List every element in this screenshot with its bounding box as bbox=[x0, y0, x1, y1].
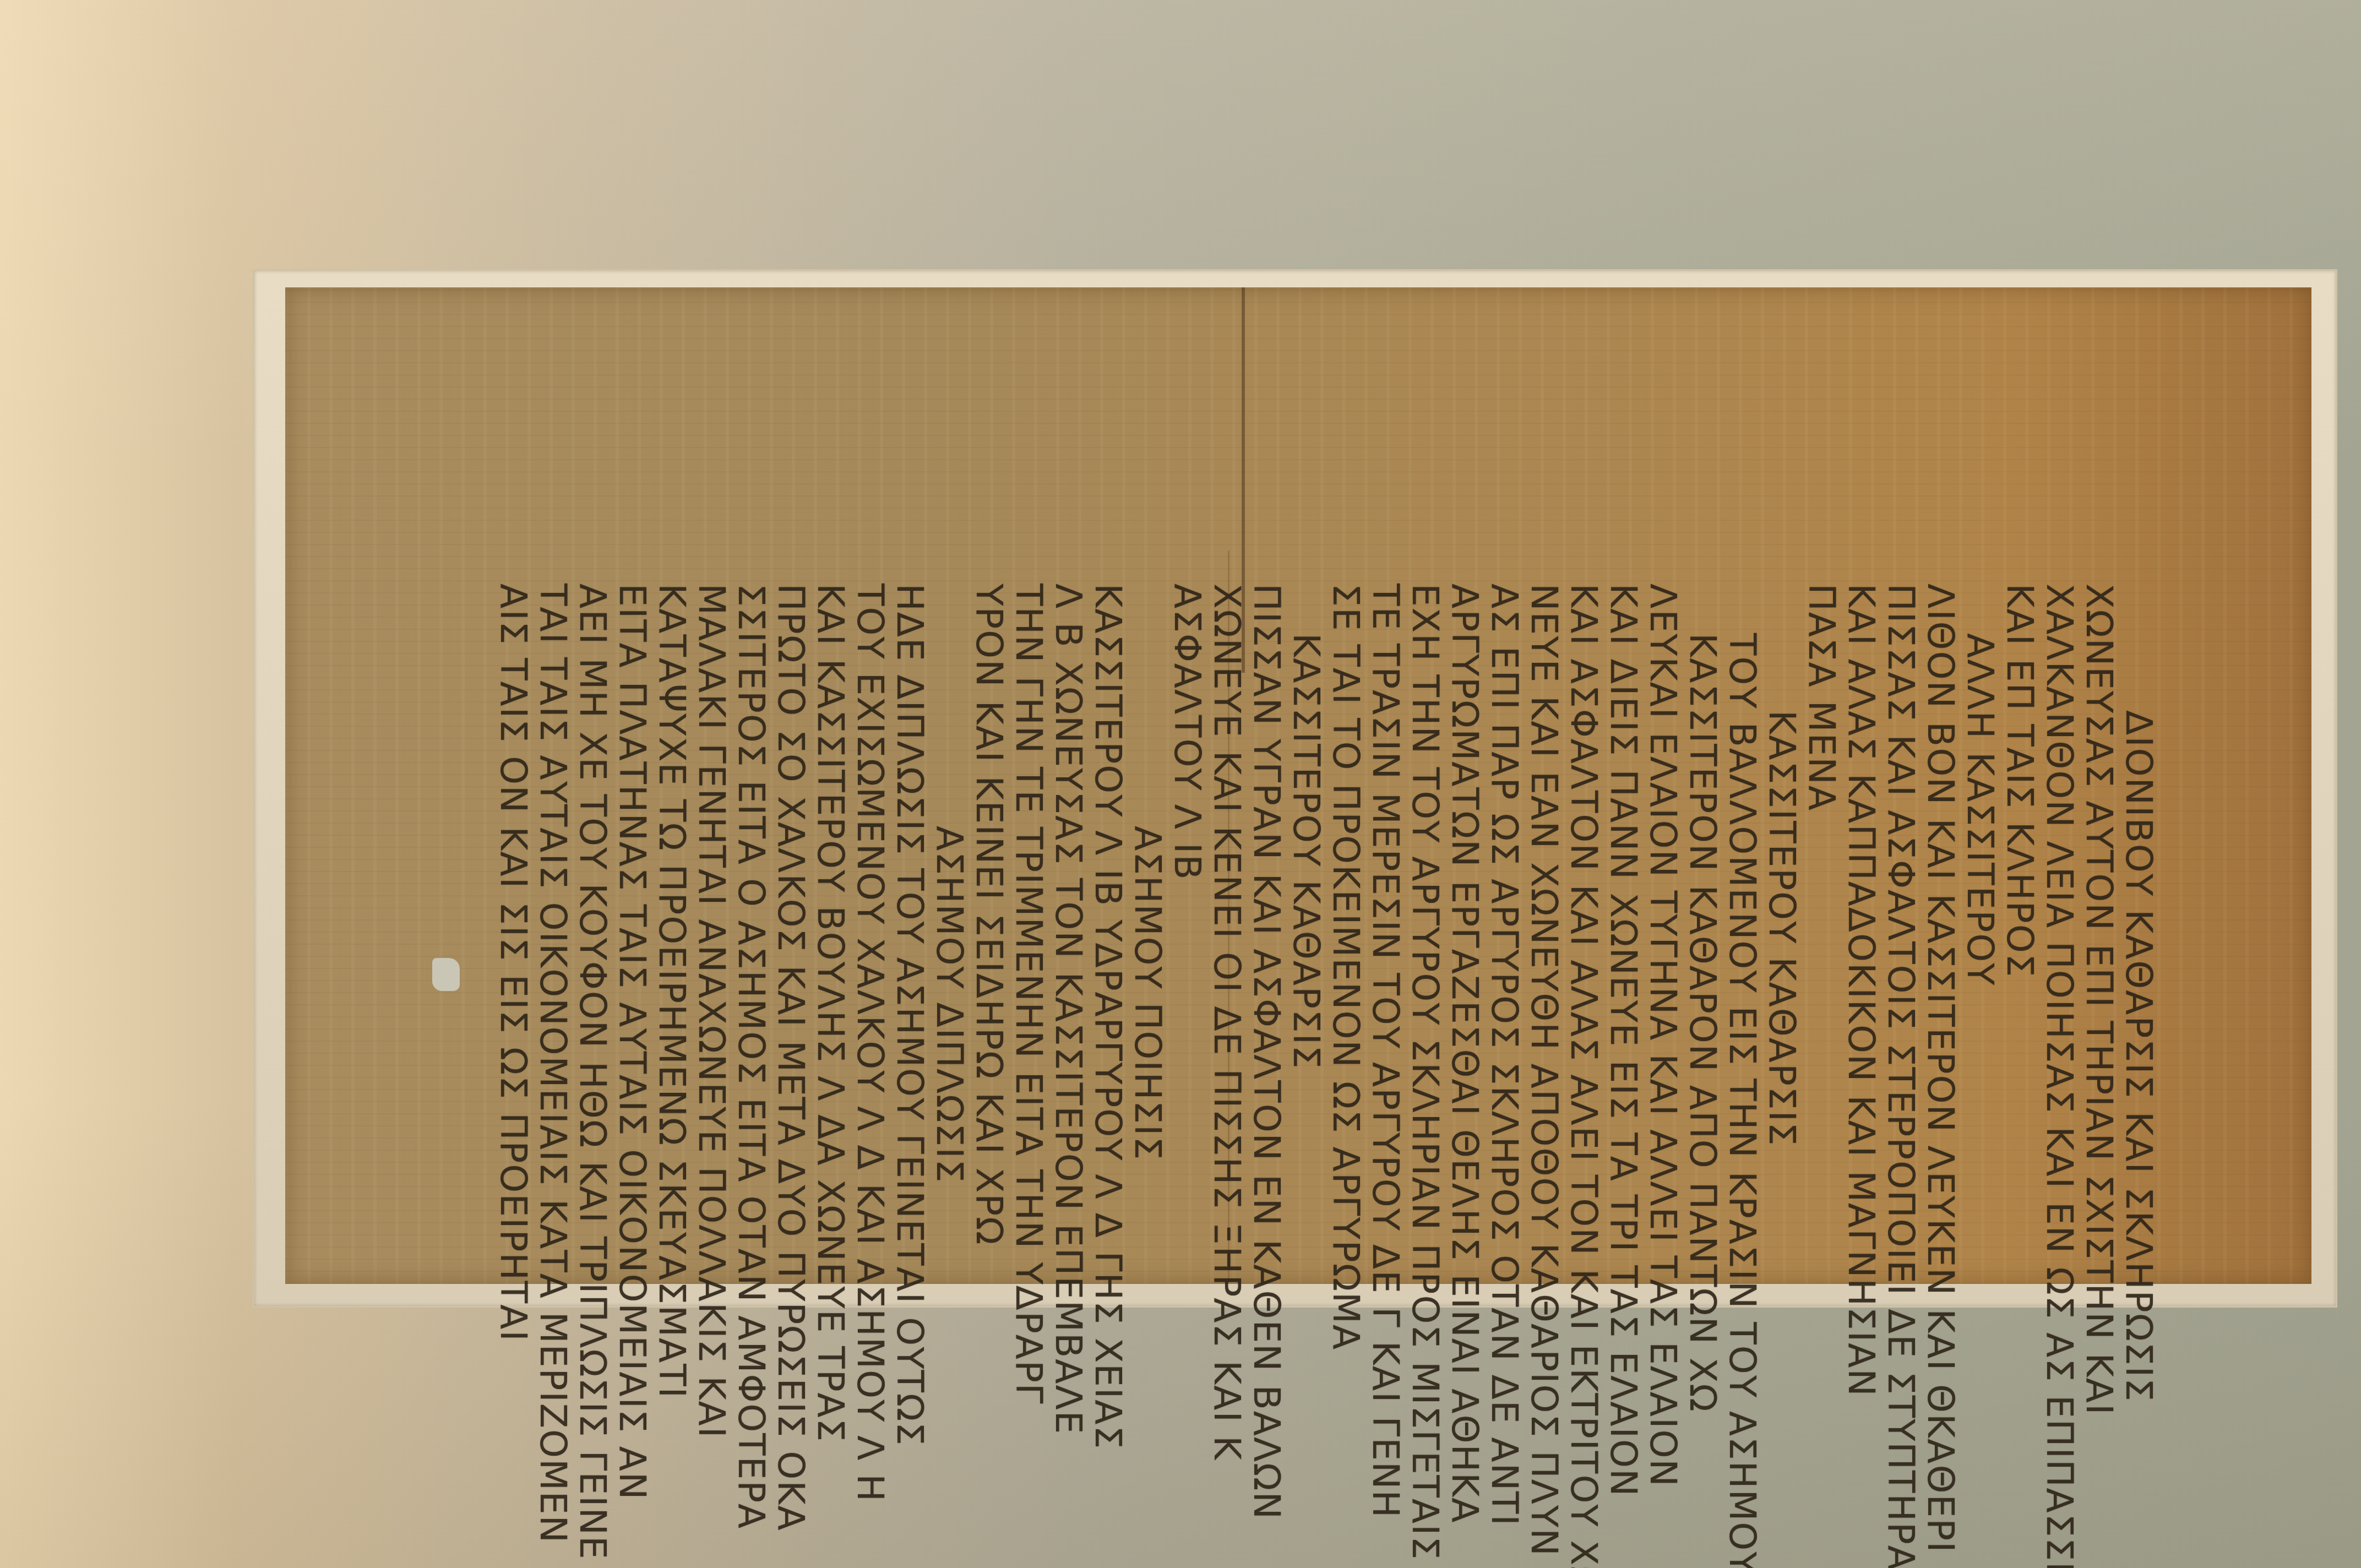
text-line: ΛΙΘΟΝ ΒΟΝ ΚΑΙ ΚΑΣΣΙΤΕΡΟΝ ΛΕΥΚΕΝ ΚΑΙ ΘΚΑΘ… bbox=[1921, 584, 1960, 1233]
text-line: ΤΟΥ ΒΑΛΛΟΜΕΝΟΥ ΕΙΣ ΤΗΝ ΚΡΑΣΙΝ ΤΟΥ ΑΣΗΜΟΥ bbox=[1722, 584, 1762, 1233]
text-line: ΠΙΣΣΑΣ ΚΑΙ ΑΣΦΑΛΤΟΙΣ ΣΤΕΡΡΟΠΟΙΕΙ ΔΕ ΣΤΥΠ… bbox=[1881, 584, 1921, 1233]
text-line: ΔΙΟΝΙΒΟΥ ΚΑΘΑΡΣΙΣ ΚΑΙ ΣΚΛΗΡΩΣΙΣ bbox=[2119, 584, 2158, 1233]
text-line: ΣΣΙΤΕΡΟΣ ΕΙΤΑ Ο ΑΣΗΜΟΣ ΕΙΤΑ ΟΤΑΝ ΑΜΦΟΤΕΡ… bbox=[731, 584, 771, 1233]
text-line: ΤΗΝ ΓΗΝ ΤΕ ΤΡΙΜΜΕΝΗΝ ΕΙΤΑ ΤΗΝ ΥΔΡΑΡΓ bbox=[1009, 584, 1048, 1233]
text-line: ΤΟΥ ΕΧΙΣΩΜΕΝΟΥ ΧΑΛΚΟΥ Λ Δ ΚΑΙ ΑΣΗΜΟΥ Λ Η bbox=[850, 584, 890, 1233]
text-line: ΠΑΣΑ ΜΕΝΑ bbox=[1802, 584, 1841, 1233]
text-line: ΠΙΣΣΑΝ ΥΓΡΑΝ ΚΑΙ ΑΣΦΑΛΤΟΝ ΕΝ ΚΑΘΕΝ ΒΑΛΩΝ bbox=[1247, 584, 1286, 1233]
text-line: ΕΧΗ ΤΗΝ ΤΟΥ ΑΡΓΥΡΟΥ ΣΚΛΗΡΙΑΝ ΠΡΟΣ ΜΙΣΓΕΤ… bbox=[1405, 584, 1445, 1233]
text-line: ΚΑΣΣΙΤΕΡΟΥ ΚΑΘΑΡΣΙΣ bbox=[1286, 584, 1326, 1233]
text-line: ΑΣΦΑΛΤΟΥ Λ ΙΒ bbox=[1167, 584, 1207, 1233]
text-line: ΗΔΕ ΔΙΠΛΩΣΙΣ ΤΟΥ ΑΣΗΜΟΥ ΓΕΙΝΕΤΑΙ ΟΥΤΩΣ bbox=[890, 584, 929, 1233]
text-line: ΚΑΣΣΙΤΕΡΟΝ ΚΑΘΑΡΟΝ ΑΠΟ ΠΑΝΤΩΝ ΧΩ bbox=[1683, 584, 1722, 1233]
text-line: ΚΑΙ ΔΙΕΙΣ ΠΑΝΝ ΧΩΝΕΥΕ ΕΙΣ ΤΑ ΤΡΙ ΤΑΣ ΕΛΑ… bbox=[1603, 584, 1643, 1233]
text-line: Λ Β ΧΩΝΕΥΣΑΣ ΤΟΝ ΚΑΣΣΙΤΕΡΟΝ ΕΠΕΜΒΑΛΕ bbox=[1048, 584, 1088, 1233]
text-line: ΧΑΛΚΑΝΘΟΝ ΛΕΙΑ ΠΟΙΗΣΑΣ ΚΑΙ ΕΝ ΩΣ ΑΣ ΕΠΙΠ… bbox=[2039, 584, 2079, 1233]
text-line: ΝΕΥΕ ΚΑΙ ΕΑΝ ΧΩΝΕΥΘΗ ΑΠΟΘΟΥ ΚΑΘΑΡΙΟΣ ΠΛΥ… bbox=[1524, 584, 1564, 1233]
text-line: ΧΩΝΕΥΣΑΣ ΑΥΤΟΝ ΕΠΙ ΤΗΡΙΑΝ ΣΧΙΣΤΗΝ ΚΑΙ bbox=[2079, 584, 2119, 1233]
text-line: ΑΙΣ ΤΑΙΣ ΟΝ ΚΑΙ ΣΙΣ ΕΙΣ ΩΣ ΠΡΟΕΙΡΗΤΑΙ bbox=[493, 584, 533, 1233]
text-line: ΠΡΩΤΟ ΣΟ ΧΑΛΚΟΣ ΚΑΙ ΜΕΤΑ ΔΥΟ ΠΥΡΩΣΕΙΣ ΟΚ… bbox=[771, 584, 810, 1233]
text-line: ΑΣ ΕΠΙ ΠΑΡ ΩΣ ΑΡΓΥΡΟΣ ΣΚΛΗΡΟΣ ΟΤΑΝ ΔΕ ΑΝ… bbox=[1484, 584, 1524, 1233]
text-line: ΛΕΥΚΑΙ ΕΛΑΙΟΝ ΤΥΓΗΝΑ ΚΑΙ ΑΛΛΕΙ ΤΑΣ ΕΛΑΙΟ… bbox=[1643, 584, 1683, 1233]
text-line: ΧΩΝΕΥΕ ΚΑΙ ΚΕΝΕΙ ΟΙ ΔΕ ΠΙΣΣΗΣ ΞΗΡΑΣ ΚΑΙ … bbox=[1207, 584, 1247, 1233]
text-line: ΑΣΗΜΟΥ ΠΟΙΗΣΙΣ bbox=[1128, 584, 1167, 1233]
text-line: ΚΑΙ ΕΠ ΤΑΙΣ ΚΛΗΡΟΣ bbox=[2000, 584, 2039, 1233]
text-line: ΜΑΛΑΚΙ ΓΕΝΗΤΑΙ ΑΝΑΧΩΝΕΥΕ ΠΟΛΛΑΚΙΣ ΚΑΙ bbox=[692, 584, 731, 1233]
text-line: ΥΡΟΝ ΚΑΙ ΚΕΙΝΕΙ ΣΕΙΔΗΡΩ ΚΑΙ ΧΡΩ bbox=[969, 584, 1009, 1233]
greek-text-block: ΔΙΟΝΙΒΟΥ ΚΑΘΑΡΣΙΣ ΚΑΙ ΣΚΛΗΡΩΣΙΣΧΩΝΕΥΣΑΣ … bbox=[562, 584, 2158, 1233]
text-line: ΑΛΛΗ ΚΑΣΣΙΤΕΡΟΥ bbox=[1960, 584, 2000, 1233]
text-line: ΚΑΙ ΑΛΑΣ ΚΑΠΠΑΔΟΚΙΚΟΝ ΚΑΙ ΜΑΓΝΗΣΙΑΝ bbox=[1841, 584, 1881, 1233]
text-line: ΚΑΣΣΙΤΕΡΟΥ ΚΑΘΑΡΣΙΣ bbox=[1762, 584, 1802, 1233]
text-line: ΣΕ ΤΑΙ ΤΟ ΠΡΟΚΕΙΜΕΝΟΝ ΩΣ ΑΡΓΥΡΩΜΑ bbox=[1326, 584, 1366, 1233]
text-line: ΚΑΣΣΙΤΕΡΟΥ Λ ΙΒ ΥΔΡΑΡΓΥΡΟΥ Λ Δ ΓΗΣ ΧΕΙΑΣ bbox=[1088, 584, 1128, 1233]
text-line: ΑΡΓΥΡΩΜΑΤΩΝ ΕΡΓΑΖΕΣΘΑΙ ΘΕΛΗΣ ΕΙΝΑΙ ΑΘΗΚΑ bbox=[1445, 584, 1484, 1233]
text-line: ΕΙΤΑ ΠΛΑΤΗΝΑΣ ΤΑΙΣ ΑΥΤΑΙΣ ΟΙΚΟΝΟΜΕΙΑΙΣ Α… bbox=[612, 584, 652, 1233]
papyrus-hole bbox=[432, 958, 460, 991]
text-line: ΑΕΙ ΜΗ ΧΕ ΤΟΥ ΚΟΥΦΟΝ ΗΘΩ ΚΑΙ ΤΡΙΠΛΩΣΙΣ Γ… bbox=[573, 584, 612, 1233]
text-line: ΑΣΗΜΟΥ ΔΙΠΛΩΣΙΣ bbox=[929, 584, 969, 1233]
text-line: ΤΕ ΤΡΑΣΙΝ ΜΕΡΕΣΙΝ ΤΟΥ ΑΡΓΥΡΟΥ ΔΕ Γ ΚΑΙ Γ… bbox=[1366, 584, 1405, 1233]
text-line: ΚΑΙ ΑΣΦΑΛΤΟΝ ΚΑΙ ΑΛΑΣ ΑΛΕΙ ΤΟΝ ΚΑΙ ΕΚΤΡΙ… bbox=[1564, 584, 1603, 1233]
text-line: ΚΑΙ ΚΑΣΣΙΤΕΡΟΥ ΒΟΥΛΗΣ Λ ΔΑ ΧΩΝΕΥΕ ΤΡΑΣ bbox=[810, 584, 850, 1233]
text-line: ΚΑΤΑΨΥΧΕ ΤΩ ΠΡΟΕΙΡΗΜΕΝΩ ΣΚΕΥΑΣΜΑΤΙ bbox=[652, 584, 692, 1233]
text-line: ΤΑΙ ΤΑΙΣ ΑΥΤΑΙΣ ΟΙΚΟΝΟΜΕΙΑΙΣ ΚΑΤΑ ΜΕΡΙΖΟ… bbox=[533, 584, 573, 1233]
